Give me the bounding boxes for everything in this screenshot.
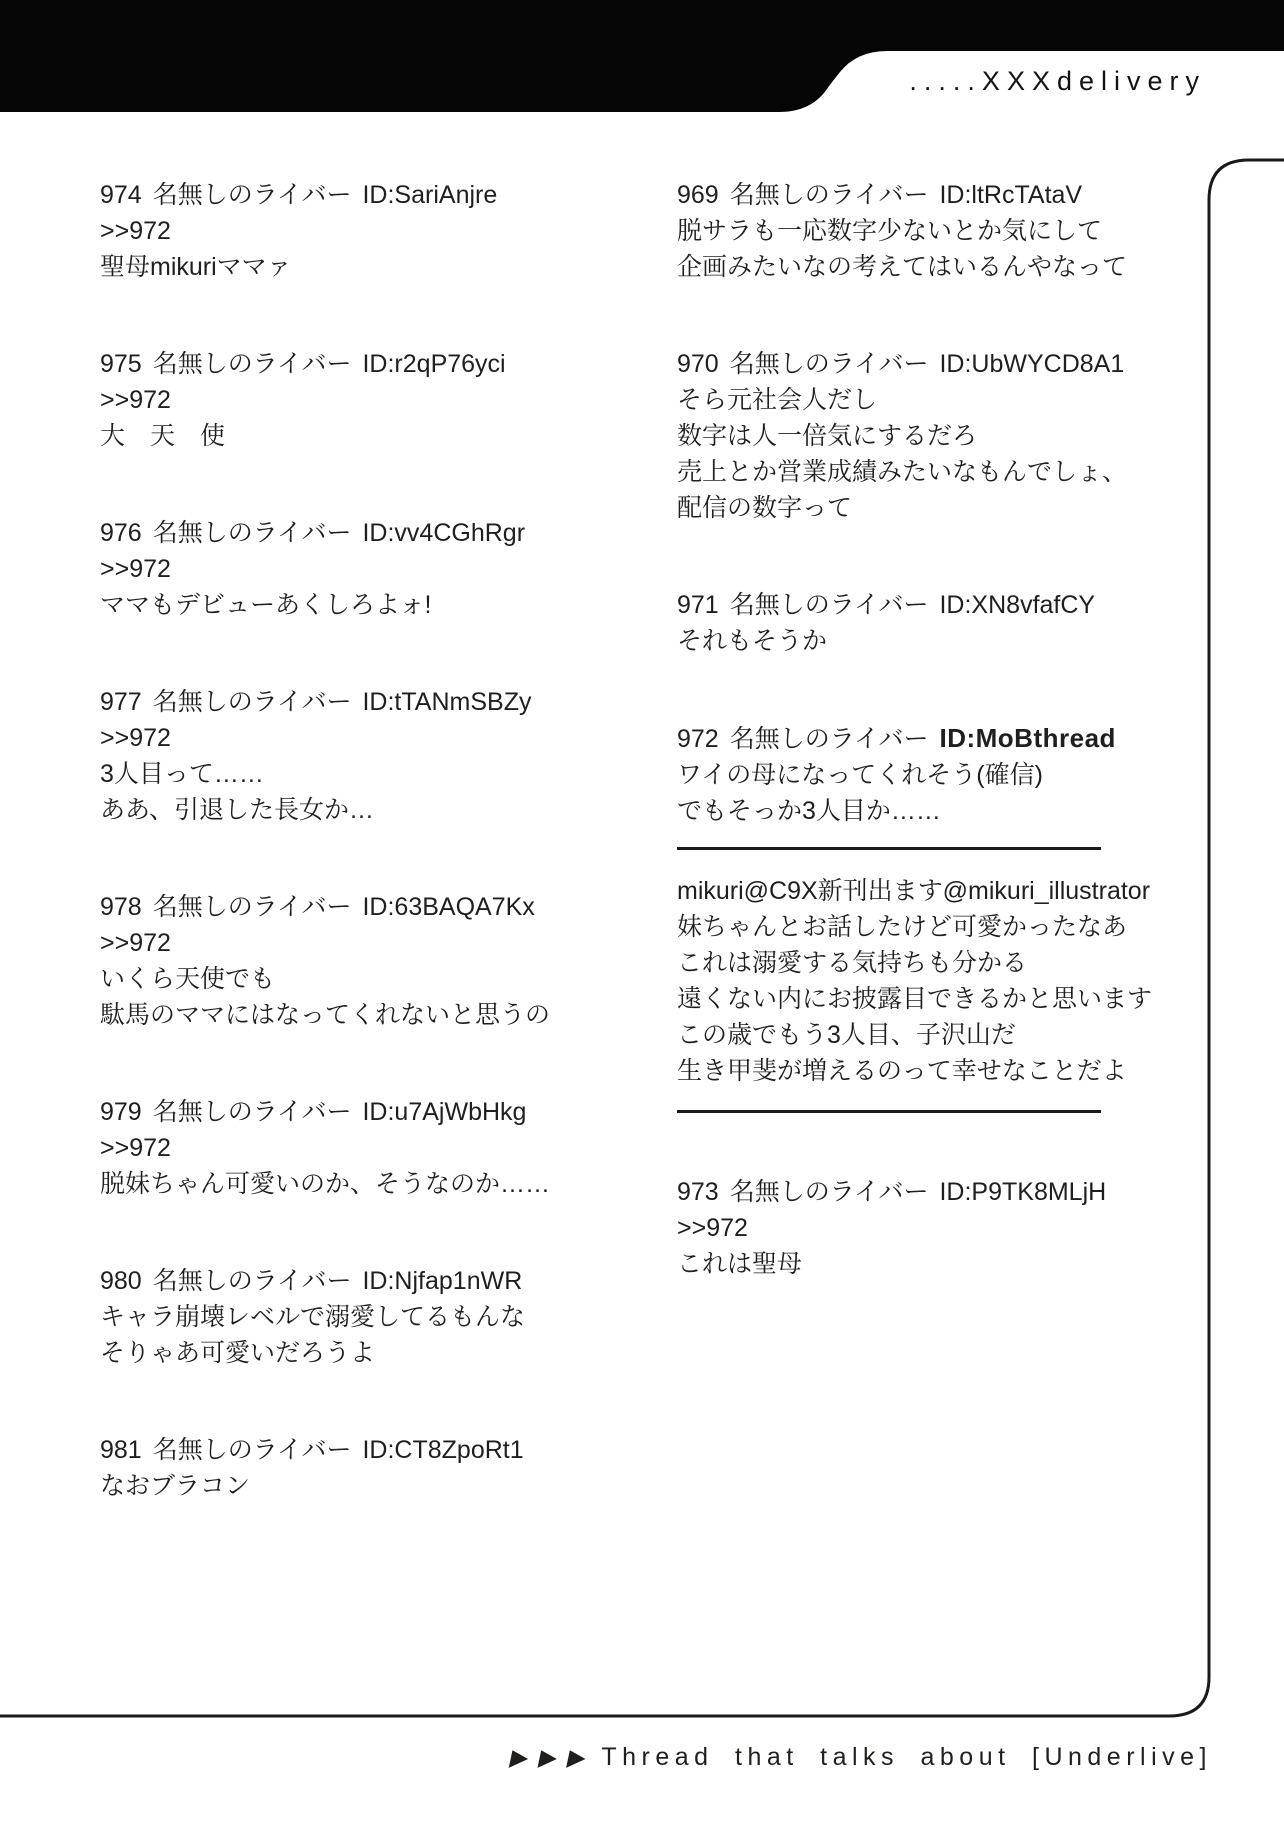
reply-anchor[interactable]: >>972 bbox=[100, 1130, 605, 1166]
post-header: 972名無しのライバーID:MoBthread bbox=[677, 720, 1217, 757]
post: 970名無しのライバーID:UbWYCD8A1 そら元社会人だし数字は人一倍気に… bbox=[677, 346, 1217, 526]
post: 976名無しのライバーID:vv4CGhRgr >>972ママもデビューあくしろ… bbox=[100, 515, 605, 623]
post-id: ID:Njfap1nWR bbox=[362, 1267, 522, 1295]
post-line: いくら天使でも bbox=[100, 961, 605, 997]
post-number: 971 bbox=[677, 591, 719, 619]
post: 979名無しのライバーID:u7AjWbHkg >>972脱妹ちゃん可愛いのか、… bbox=[100, 1094, 605, 1202]
post-author: 名無しのライバー bbox=[153, 181, 352, 209]
reply-anchor[interactable]: >>972 bbox=[100, 382, 605, 418]
forward-arrows-icon: ▶▶▶ bbox=[508, 1740, 601, 1774]
quoted-tweet-line: 遠くない内にお披露目できるかと思います bbox=[677, 981, 1217, 1017]
post-id: ID:ltRcTAtaV bbox=[939, 181, 1082, 209]
post-id: ID:vv4CGhRgr bbox=[362, 519, 525, 547]
post-line: ママもデビューあくしろよォ! bbox=[100, 587, 605, 623]
post-number: 979 bbox=[100, 1098, 142, 1126]
post-author: 名無しのライバー bbox=[153, 1436, 352, 1464]
quote-divider bbox=[677, 847, 1101, 850]
post: 969名無しのライバーID:ltRcTAtaV 脱サラも一応数字少ないとか気にし… bbox=[677, 177, 1217, 285]
reply-anchor[interactable]: >>972 bbox=[100, 925, 605, 961]
post-line: でもそっか3人目か…… bbox=[677, 793, 1217, 829]
post-number: 976 bbox=[100, 519, 142, 547]
post-id: ID:MoBthread bbox=[939, 723, 1115, 753]
post-number: 977 bbox=[100, 688, 142, 716]
post-number: 975 bbox=[100, 350, 142, 378]
footer: ▶▶▶ Thread that talks about [Underlive] bbox=[511, 1740, 1212, 1774]
post-id: ID:u7AjWbHkg bbox=[362, 1098, 526, 1126]
post-author: 名無しのライバー bbox=[153, 688, 352, 716]
post-id: ID:r2qP76yci bbox=[362, 350, 505, 378]
post-line: そら元社会人だし bbox=[677, 382, 1217, 418]
post-header: 975名無しのライバーID:r2qP76yci bbox=[100, 346, 605, 382]
post-line: 配信の数字って bbox=[677, 490, 1217, 526]
post-author: 名無しのライバー bbox=[730, 725, 929, 753]
post: 971名無しのライバーID:XN8vfafCY それもそうか bbox=[677, 587, 1217, 659]
quoted-tweet-line: 生き甲斐が増えるのって幸せなことだよ bbox=[677, 1053, 1217, 1089]
post-line: 売上とか営業成績みたいなもんでしょ、 bbox=[677, 454, 1217, 490]
post-header: 971名無しのライバーID:XN8vfafCY bbox=[677, 587, 1217, 623]
post-id: ID:tTANmSBZy bbox=[362, 688, 531, 716]
post-author: 名無しのライバー bbox=[730, 350, 929, 378]
post-number: 981 bbox=[100, 1436, 142, 1464]
post-author: 名無しのライバー bbox=[730, 1178, 929, 1206]
post-line: なおブラコン bbox=[100, 1468, 605, 1504]
post-author: 名無しのライバー bbox=[153, 893, 352, 921]
post-header: 976名無しのライバーID:vv4CGhRgr bbox=[100, 515, 605, 551]
quoted-tweet-line: これは溺愛する気持ちも分かる bbox=[677, 945, 1217, 981]
post-header: 973名無しのライバーID:P9TK8MLjH bbox=[677, 1174, 1217, 1210]
reply-anchor[interactable]: >>972 bbox=[677, 1210, 1217, 1246]
post-number: 980 bbox=[100, 1267, 142, 1295]
post-id: ID:SariAnjre bbox=[362, 181, 497, 209]
reply-anchor[interactable]: >>972 bbox=[100, 720, 605, 756]
post-number: 972 bbox=[677, 725, 719, 753]
post-line: それもそうか bbox=[677, 623, 1217, 659]
post: 981名無しのライバーID:CT8ZpoRt1 なおブラコン bbox=[100, 1432, 605, 1504]
post-line: 聖母mikuriママァ bbox=[100, 249, 605, 285]
post-id: ID:63BAQA7Kx bbox=[362, 893, 534, 921]
post-number: 970 bbox=[677, 350, 719, 378]
post: 972名無しのライバーID:MoBthread ワイの母になってくれそう(確信)… bbox=[677, 720, 1217, 1113]
post-line: そりゃあ可愛いだろうよ bbox=[100, 1335, 605, 1371]
post-line: 企画みたいなの考えてはいるんやなって bbox=[677, 249, 1217, 285]
post-id: ID:CT8ZpoRt1 bbox=[362, 1436, 523, 1464]
post-line: キャラ崩壊レベルで溺愛してるもんな bbox=[100, 1299, 605, 1335]
post-author: 名無しのライバー bbox=[153, 519, 352, 547]
post-header: 981名無しのライバーID:CT8ZpoRt1 bbox=[100, 1432, 605, 1468]
reply-anchor[interactable]: >>972 bbox=[100, 213, 605, 249]
post-line: 脱妹ちゃん可愛いのか、そうなのか…… bbox=[100, 1166, 605, 1202]
post-id: ID:P9TK8MLjH bbox=[939, 1178, 1106, 1206]
post-line: ワイの母になってくれそう(確信) bbox=[677, 757, 1217, 793]
post-header: 980名無しのライバーID:Njfap1nWR bbox=[100, 1263, 605, 1299]
post-line: 駄馬のママにはなってくれないと思うの bbox=[100, 997, 605, 1033]
post: 974名無しのライバーID:SariAnjre >>972聖母mikuriママァ bbox=[100, 177, 605, 285]
post-header: 969名無しのライバーID:ltRcTAtaV bbox=[677, 177, 1217, 213]
post-number: 973 bbox=[677, 1178, 719, 1206]
brand-logo-text: .....XXXdelivery bbox=[909, 66, 1206, 97]
post-author: 名無しのライバー bbox=[153, 1267, 352, 1295]
quoted-tweet-line: 妹ちゃんとお話したけど可愛かったなあ bbox=[677, 909, 1217, 945]
quote-divider bbox=[677, 1110, 1101, 1113]
post: 975名無しのライバーID:r2qP76yci >>972大 天 使 bbox=[100, 346, 605, 454]
post-header: 977名無しのライバーID:tTANmSBZy bbox=[100, 684, 605, 720]
post-line: これは聖母 bbox=[677, 1246, 1217, 1282]
post-header: 978名無しのライバーID:63BAQA7Kx bbox=[100, 889, 605, 925]
post-line: 数字は人一倍気にするだろ bbox=[677, 418, 1217, 454]
post-header: 979名無しのライバーID:u7AjWbHkg bbox=[100, 1094, 605, 1130]
reply-anchor[interactable]: >>972 bbox=[100, 551, 605, 587]
post-author: 名無しのライバー bbox=[153, 1098, 352, 1126]
quoted-tweet-line: この歳でもう3人目、子沢山だ bbox=[677, 1017, 1217, 1053]
post-line: ああ、引退した長女か… bbox=[100, 792, 605, 828]
post-line: 3人目って…… bbox=[100, 756, 605, 792]
post: 978名無しのライバーID:63BAQA7Kx >>972いくら天使でも駄馬のマ… bbox=[100, 889, 605, 1033]
post-number: 974 bbox=[100, 181, 142, 209]
post-header: 970名無しのライバーID:UbWYCD8A1 bbox=[677, 346, 1217, 382]
post-author: 名無しのライバー bbox=[730, 181, 929, 209]
quoted-tweet-line: mikuri@C9X新刊出ます@mikuri_illustrator bbox=[677, 873, 1217, 909]
post-number: 969 bbox=[677, 181, 719, 209]
doujin-thread-page: .....XXXdelivery 974名無しのライバーID:SariAnjre… bbox=[0, 0, 1284, 1826]
thread-column-right: 969名無しのライバーID:ltRcTAtaV 脱サラも一応数字少ないとか気にし… bbox=[677, 177, 1217, 1343]
post-line: 大 天 使 bbox=[100, 418, 605, 454]
post-id: ID:XN8vfafCY bbox=[939, 591, 1095, 619]
post: 977名無しのライバーID:tTANmSBZy >>9723人目って……ああ、引… bbox=[100, 684, 605, 828]
post: 980名無しのライバーID:Njfap1nWR キャラ崩壊レベルで溺愛してるもん… bbox=[100, 1263, 605, 1371]
post-author: 名無しのライバー bbox=[153, 350, 352, 378]
post-header: 974名無しのライバーID:SariAnjre bbox=[100, 177, 605, 213]
post-id: ID:UbWYCD8A1 bbox=[939, 350, 1124, 378]
thread-column-left: 974名無しのライバーID:SariAnjre >>972聖母mikuriママァ… bbox=[100, 177, 605, 1565]
footer-title: Thread that talks about [Underlive] bbox=[601, 1740, 1212, 1774]
post-author: 名無しのライバー bbox=[730, 591, 929, 619]
post: 973名無しのライバーID:P9TK8MLjH >>972これは聖母 bbox=[677, 1174, 1217, 1282]
post-line: 脱サラも一応数字少ないとか気にして bbox=[677, 213, 1217, 249]
post-number: 978 bbox=[100, 893, 142, 921]
